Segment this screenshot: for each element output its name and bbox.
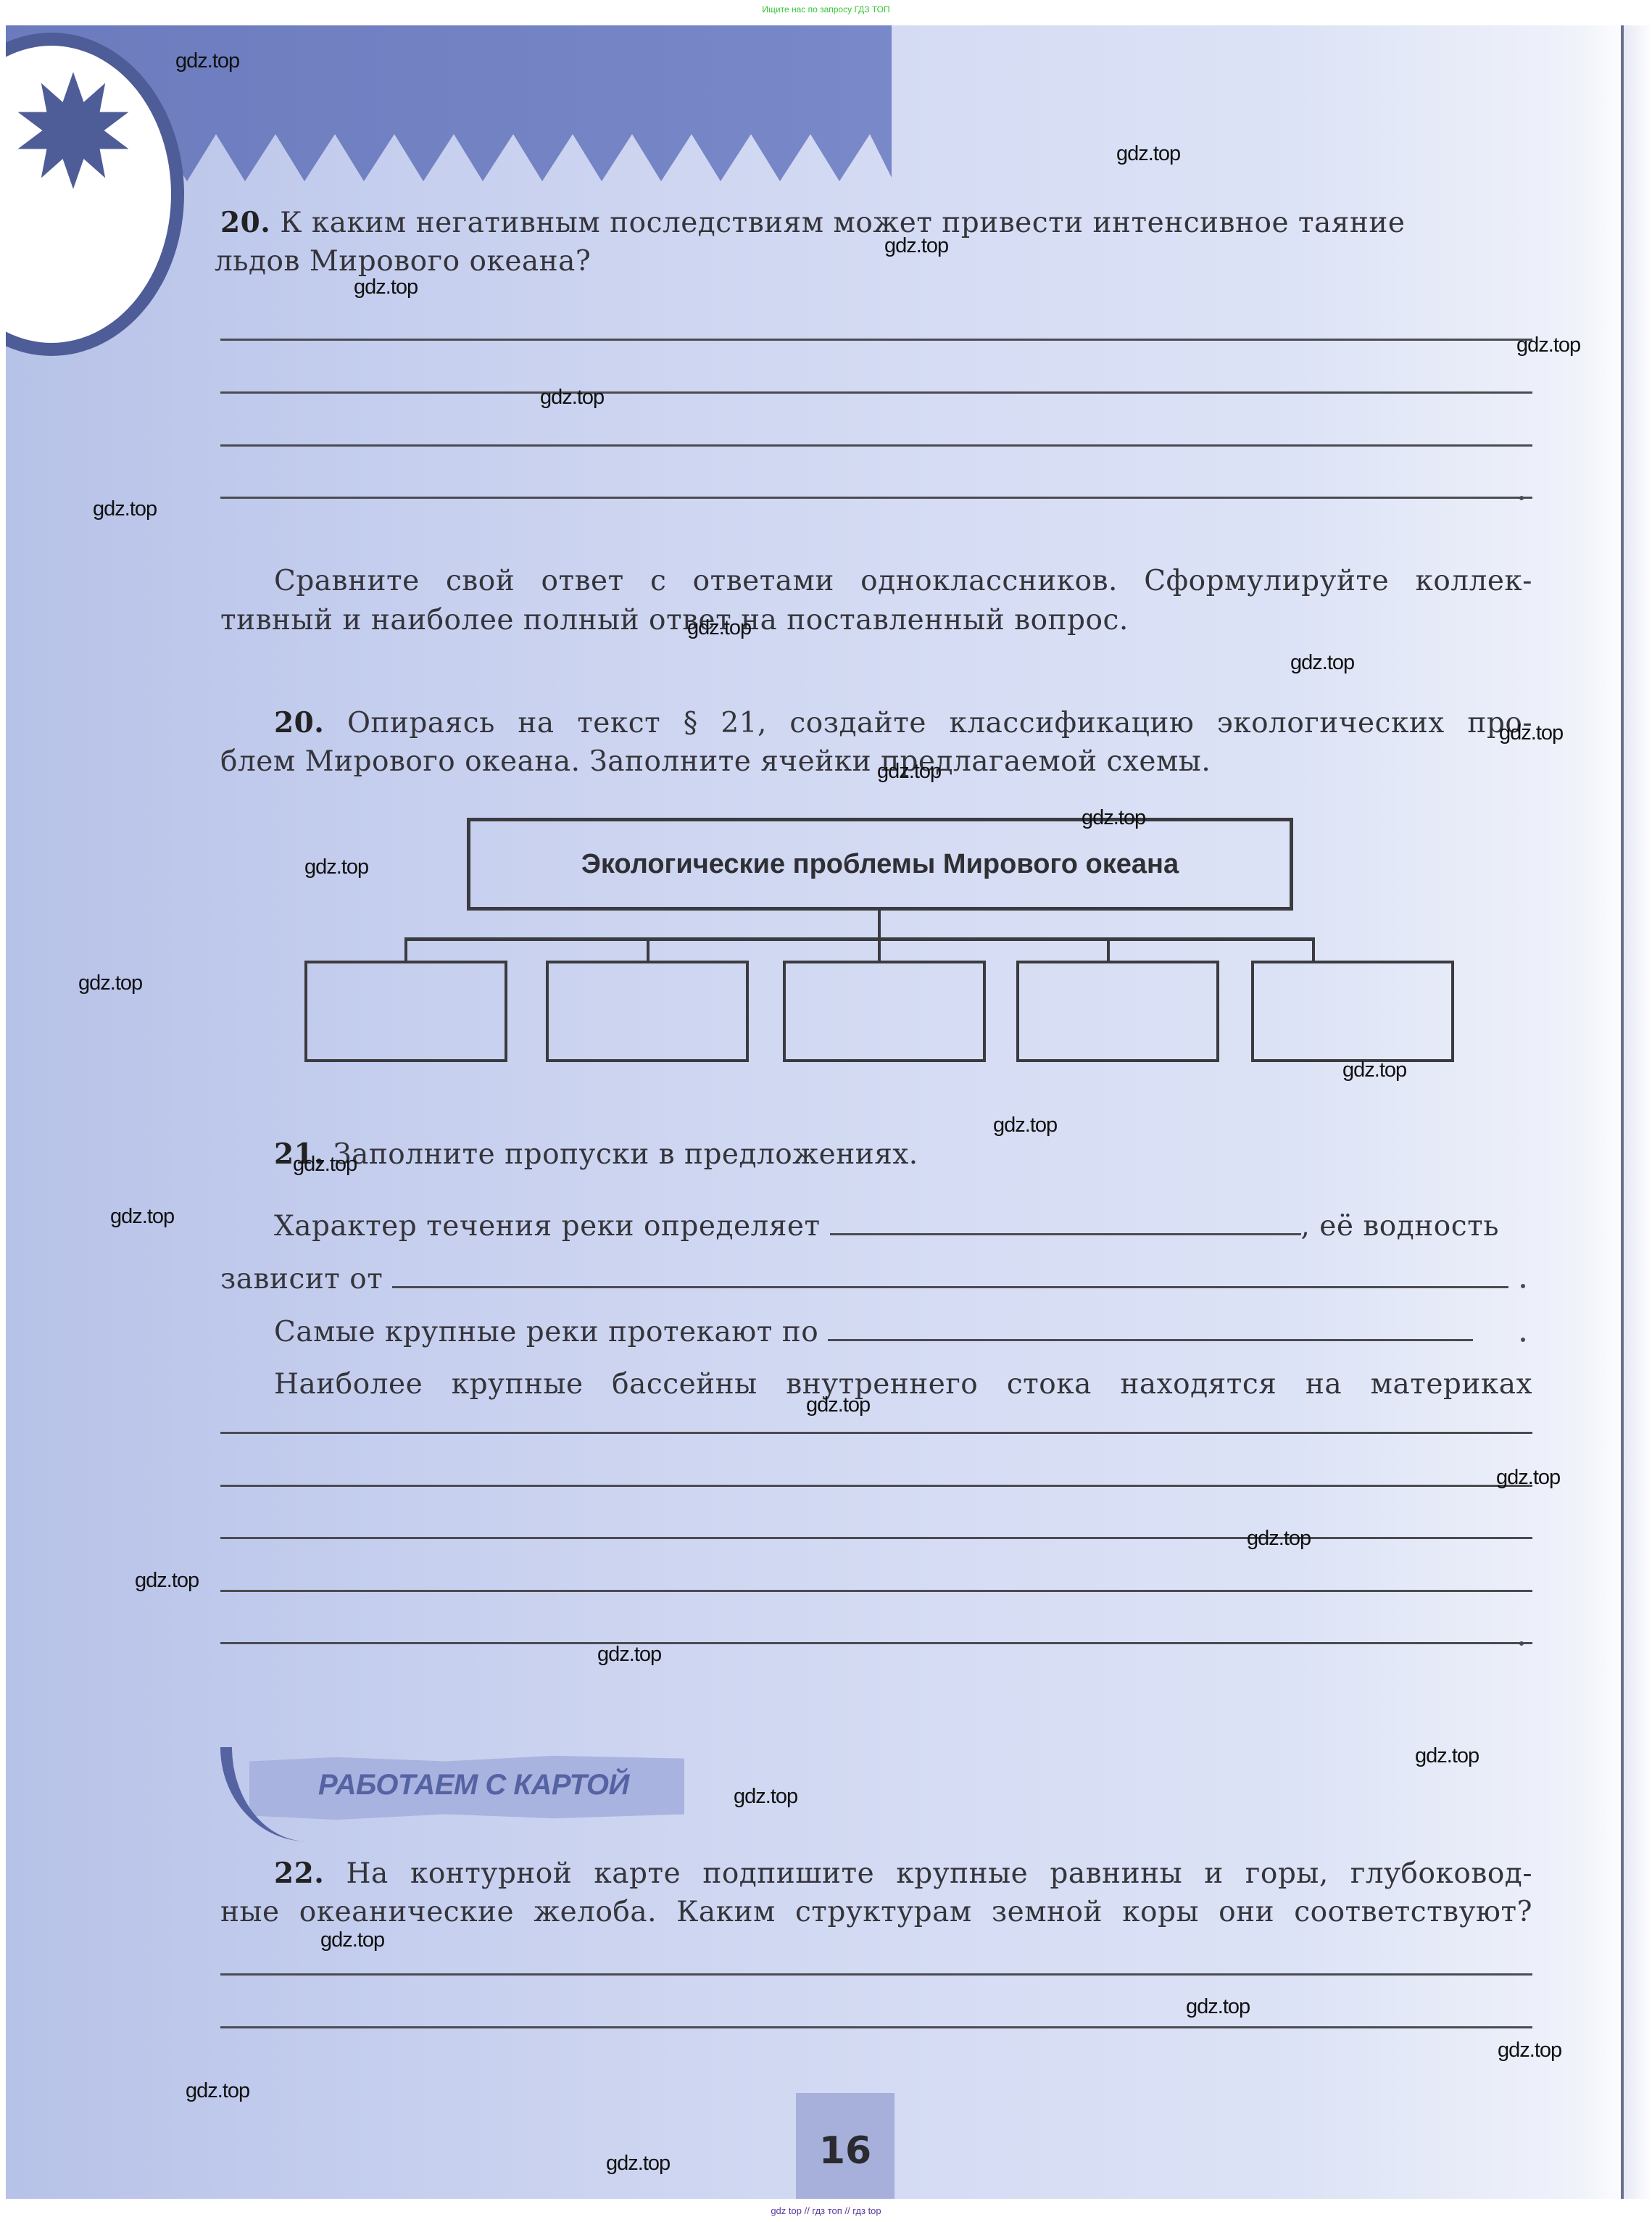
watermark: gdz.top (78, 971, 142, 995)
blank-field-2[interactable] (392, 1264, 1508, 1288)
page-edge (1624, 25, 1652, 2199)
schema-connector (404, 939, 407, 962)
blank-field-3[interactable] (828, 1317, 1473, 1341)
watermark: gdz.top (304, 855, 368, 879)
watermark: gdz.top (293, 1153, 357, 1177)
watermark: gdz.top (884, 234, 948, 258)
period-dot (1519, 1641, 1524, 1646)
task-number: 22. (274, 1857, 324, 1890)
schema-cell-1[interactable] (304, 961, 507, 1062)
watermark: gdz.top (1247, 1527, 1311, 1551)
watermark: gdz.top (175, 49, 239, 73)
watermark: gdz.top (135, 1569, 199, 1593)
schema-connector (878, 939, 881, 962)
star-in-oval-icon (12, 58, 135, 203)
watermark: gdz.top (110, 1205, 174, 1229)
watermark: gdz.top (354, 275, 418, 299)
period-dot (1521, 1338, 1525, 1342)
banner-arc (220, 1747, 307, 1841)
schema-connector (1107, 939, 1110, 962)
task-20a-question: 20. К каким негативным последствиям може… (220, 203, 1532, 243)
answer-line[interactable] (220, 1432, 1532, 1434)
answer-line[interactable] (220, 1973, 1532, 1976)
schema-cell-5[interactable] (1251, 961, 1454, 1062)
answer-line[interactable] (220, 1485, 1532, 1487)
compare-instruction-line1: Сравните свой ответ с ответами однокласс… (274, 562, 1532, 601)
workbook-page: 20. К каким негативным последствиям може… (6, 25, 1624, 2199)
top-promo-banner: Ищите нас по запросу ГДЗ ТОП (0, 0, 1652, 22)
schema-connector (404, 937, 1315, 941)
task-22-question: 22. На контурной карте подпишите крупные… (274, 1854, 1532, 1894)
watermark: gdz.top (1496, 1466, 1560, 1490)
blank-field-1[interactable] (830, 1211, 1301, 1235)
watermark: gdz.top (687, 616, 751, 640)
schema-connector (1312, 939, 1315, 962)
page-gutter (1586, 25, 1624, 2199)
task-20b-question-cont: блем Мирового океана. Заполните ячейки п… (220, 742, 1532, 782)
page-number: 16 (796, 2129, 895, 2173)
answer-line[interactable] (220, 497, 1532, 499)
schema-cell-4[interactable] (1016, 961, 1219, 1062)
schema-cell-2[interactable] (546, 961, 749, 1062)
task-21-sentence-1-cont: зависит от (220, 1260, 1532, 1299)
section-banner-map-work: РАБОТАЕМ С КАРТОЙ (220, 1747, 684, 1834)
watermark: gdz.top (540, 386, 604, 410)
watermark: gdz.top (1186, 1995, 1250, 2019)
watermark: gdz.top (993, 1114, 1057, 1137)
answer-line[interactable] (220, 391, 1532, 394)
watermark: gdz.top (186, 2079, 249, 2103)
bottom-promo-banner: gdz top // гдз топ // гдз top (0, 2201, 1652, 2222)
task-21-title: 21. Заполните пропуски в предложениях. (274, 1135, 1532, 1174)
answer-line[interactable] (220, 1642, 1532, 1644)
watermark: gdz.top (320, 1928, 384, 1952)
schema-connector (647, 939, 649, 962)
watermark: gdz.top (1290, 651, 1354, 675)
watermark: gdz.top (1116, 142, 1180, 166)
watermark: gdz.top (1499, 721, 1563, 745)
task-number: 20. (220, 206, 270, 239)
watermark: gdz.top (806, 1393, 870, 1417)
page-number-box: 16 (796, 2093, 895, 2199)
task-21-sentence-3: Наиболее крупные бассейны внутреннего ст… (274, 1365, 1532, 1404)
watermark: gdz.top (1082, 806, 1145, 830)
watermark: gdz.top (1342, 1058, 1406, 1082)
watermark: gdz.top (877, 760, 941, 784)
task-20b-question: 20. Опираясь на текст § 21, создайте кла… (274, 703, 1532, 743)
watermark: gdz.top (597, 1643, 661, 1667)
watermark: gdz.top (93, 497, 157, 521)
answer-line[interactable] (220, 339, 1532, 341)
task-number: 20. (274, 706, 324, 739)
watermark: gdz.top (1415, 1744, 1479, 1768)
watermark: gdz.top (734, 1785, 797, 1809)
schema-cell-3[interactable] (783, 961, 986, 1062)
answer-line[interactable] (220, 1537, 1532, 1539)
answer-line[interactable] (220, 1590, 1532, 1592)
task-22-question-cont: ные океанические желоба. Каким структура… (220, 1893, 1532, 1932)
compare-instruction-line2: тивный и наиболее полный ответ на постав… (220, 601, 1532, 640)
task-21-sentence-1: Характер течения реки определяет , её во… (274, 1207, 1532, 1246)
schema-connector (878, 911, 881, 940)
answer-line[interactable] (220, 2026, 1532, 2028)
schema-root-box: Экологические проблемы Мирового океана (467, 818, 1293, 911)
period-dot (1521, 1284, 1525, 1288)
task-21-sentence-2: Самые крупные реки протекают по (274, 1313, 1532, 1352)
answer-line[interactable] (220, 444, 1532, 447)
watermark: gdz.top (1498, 2039, 1561, 2063)
period-dot (1519, 496, 1524, 500)
watermark: gdz.top (606, 2152, 670, 2176)
watermark: gdz.top (1516, 333, 1580, 357)
section-title: РАБОТАЕМ С КАРТОЙ (318, 1769, 629, 1802)
